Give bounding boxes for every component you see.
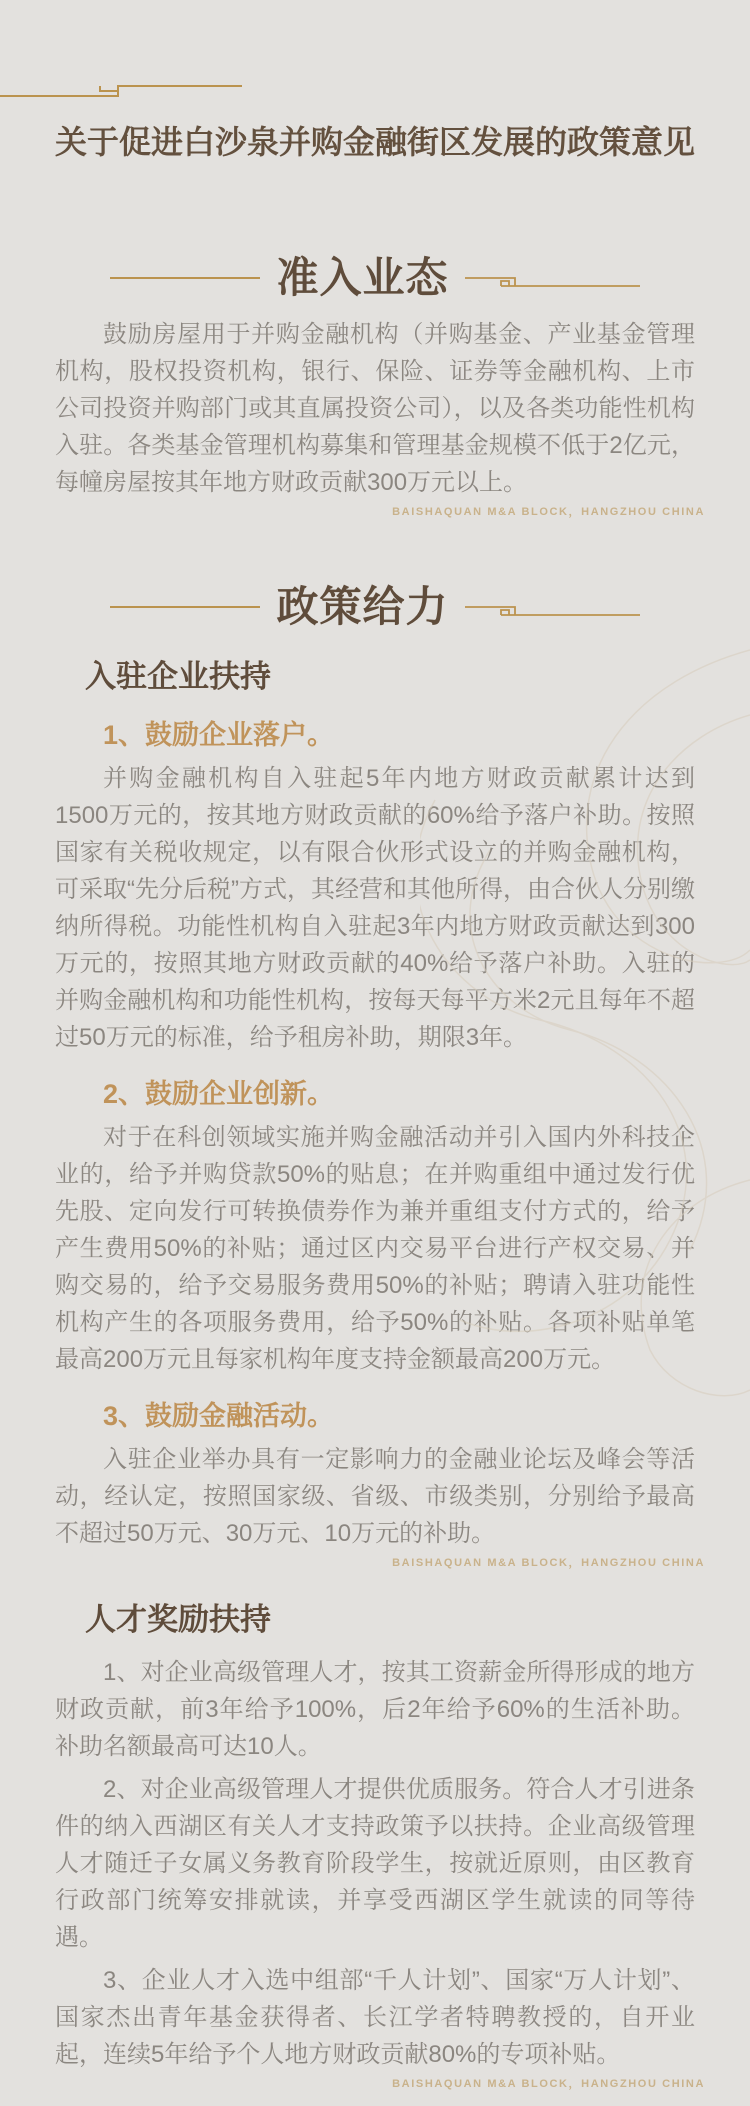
item-title-2: 2、鼓励企业创新。 (103, 1078, 750, 1110)
item-body-2: 对于在科创领域实施并购金融活动并引入国内外科技企业的，给予并购贷款50%的贴息；… (55, 1119, 695, 1378)
sub-heading-talent-support: 人才奖励扶持 (85, 1600, 750, 1640)
talent-paragraph-3: 3、企业人才入选中组部“千人计划”、国家“万人计划”、国家杰出青年基金获得者、长… (55, 1962, 695, 2073)
talent-paragraph-2: 2、对企业高级管理人才提供优质服务。符合人才引进条件的纳入西湖区有关人才支持政策… (55, 1771, 695, 1956)
heading-line-left (110, 606, 260, 608)
watermark-text: BAISHAQUAN M&A BLOCK，HANGZHOU CHINA (0, 1554, 705, 1570)
section-heading-row-policy: 政策给力 (0, 583, 750, 631)
meander-deco-right (465, 603, 640, 619)
talent-paragraph-1: 1、对企业高级管理人才，按其工资薪金所得形成的地方财政贡献，前3年给予100%，… (55, 1654, 695, 1765)
watermark-text: BAISHAQUAN M&A BLOCK，HANGZHOU CHINA (0, 2075, 705, 2091)
access-body-paragraph: 鼓励房屋用于并购金融机构（并购基金、产业基金管理机构，股权投资机构，银行、保险、… (55, 316, 695, 501)
page-title: 关于促进白沙泉并购金融街区发展的政策意见 (55, 118, 695, 166)
section-heading-access: 准入业态 (276, 254, 448, 302)
meander-deco-right (465, 274, 640, 290)
sub-heading-enterprise-support: 入驻企业扶持 (85, 657, 750, 697)
heading-line-left (110, 277, 260, 279)
section-heading-policy: 政策给力 (276, 583, 448, 631)
meander-ornament-top (0, 83, 242, 99)
item-title-1: 1、鼓励企业落户。 (103, 719, 750, 751)
policy-poster: 关于促进白沙泉并购金融街区发展的政策意见 准入业态 鼓励房屋用于并购金融机构（并… (0, 0, 750, 2106)
item-body-3: 入驻企业举办具有一定影响力的金融业论坛及峰会等活动，经认定，按照国家级、省级、市… (55, 1441, 695, 1552)
item-title-3: 3、鼓励金融活动。 (103, 1400, 750, 1432)
section-heading-row-access: 准入业态 (0, 254, 750, 302)
watermark-text: BAISHAQUAN M&A BLOCK，HANGZHOU CHINA (0, 503, 705, 519)
item-body-1: 并购金融机构自入驻起5年内地方财政贡献累计达到1500万元的，按其地方财政贡献的… (55, 760, 695, 1056)
